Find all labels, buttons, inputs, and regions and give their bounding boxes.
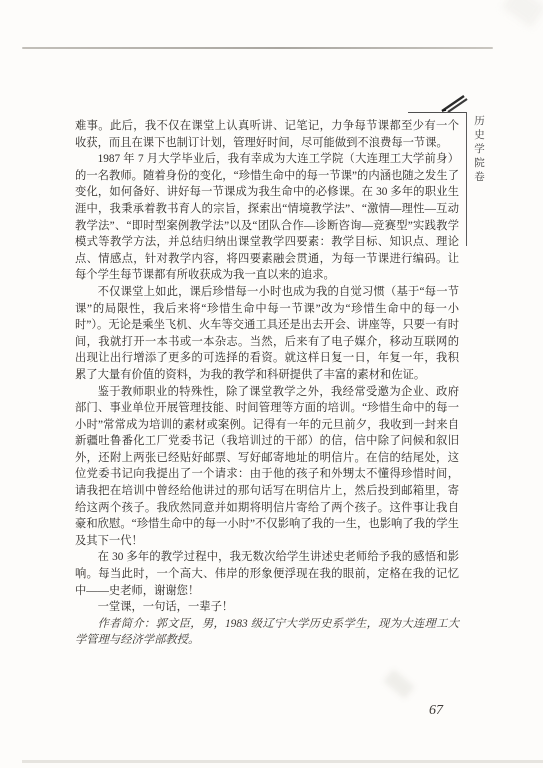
page-bottom-edge — [22, 760, 543, 763]
body-text-block: 难事。此后，我不仅在课堂上认真听讲、记笔记，力争每节课都至少有一个收获，而且在课… — [75, 118, 459, 649]
header-rule-horizontal — [408, 112, 466, 113]
page-top-edge — [22, 47, 493, 49]
volume-side-label: 历史学院卷 — [471, 115, 486, 185]
header-rule-vertical — [466, 112, 467, 246]
author-bio: 作者简介：郭文臣，男，1983 级辽宁大学历史系学生，现为大连理工大学管理与经济… — [75, 616, 459, 649]
scan-artifact — [502, 0, 543, 28]
paragraph: 难事。此后，我不仅在课堂上认真听讲、记笔记，力争每节课都至少有一个收获，而且在课… — [75, 118, 459, 151]
scan-artifact — [383, 669, 415, 699]
pen-icon — [440, 90, 470, 114]
page-number: 67 — [429, 703, 443, 719]
book-page: 历史学院卷 难事。此后，我不仅在课堂上认真听讲、记笔记，力争每节课都至少有一个收… — [0, 0, 543, 768]
paragraph: 不仅课堂上如此，课后珍惜每一小时也成为我的自觉习惯（基于“每一节课”的局限性，我… — [75, 284, 459, 384]
paragraph: 一堂课，一句话，一辈子！ — [75, 599, 459, 616]
paragraph: 鉴于教师职业的特殊性，除了课堂教学之外，我经常受邀为企业、政府部门、事业单位开展… — [75, 384, 459, 550]
paragraph: 1987 年 7 月大学毕业后，我有幸成为大连工学院（大连理工大学前身）的一名教… — [75, 151, 459, 284]
paragraph: 在 30 多年的教学过程中，我无数次给学生讲述史老师给予我的感悟和影响。每当此时… — [75, 549, 459, 599]
